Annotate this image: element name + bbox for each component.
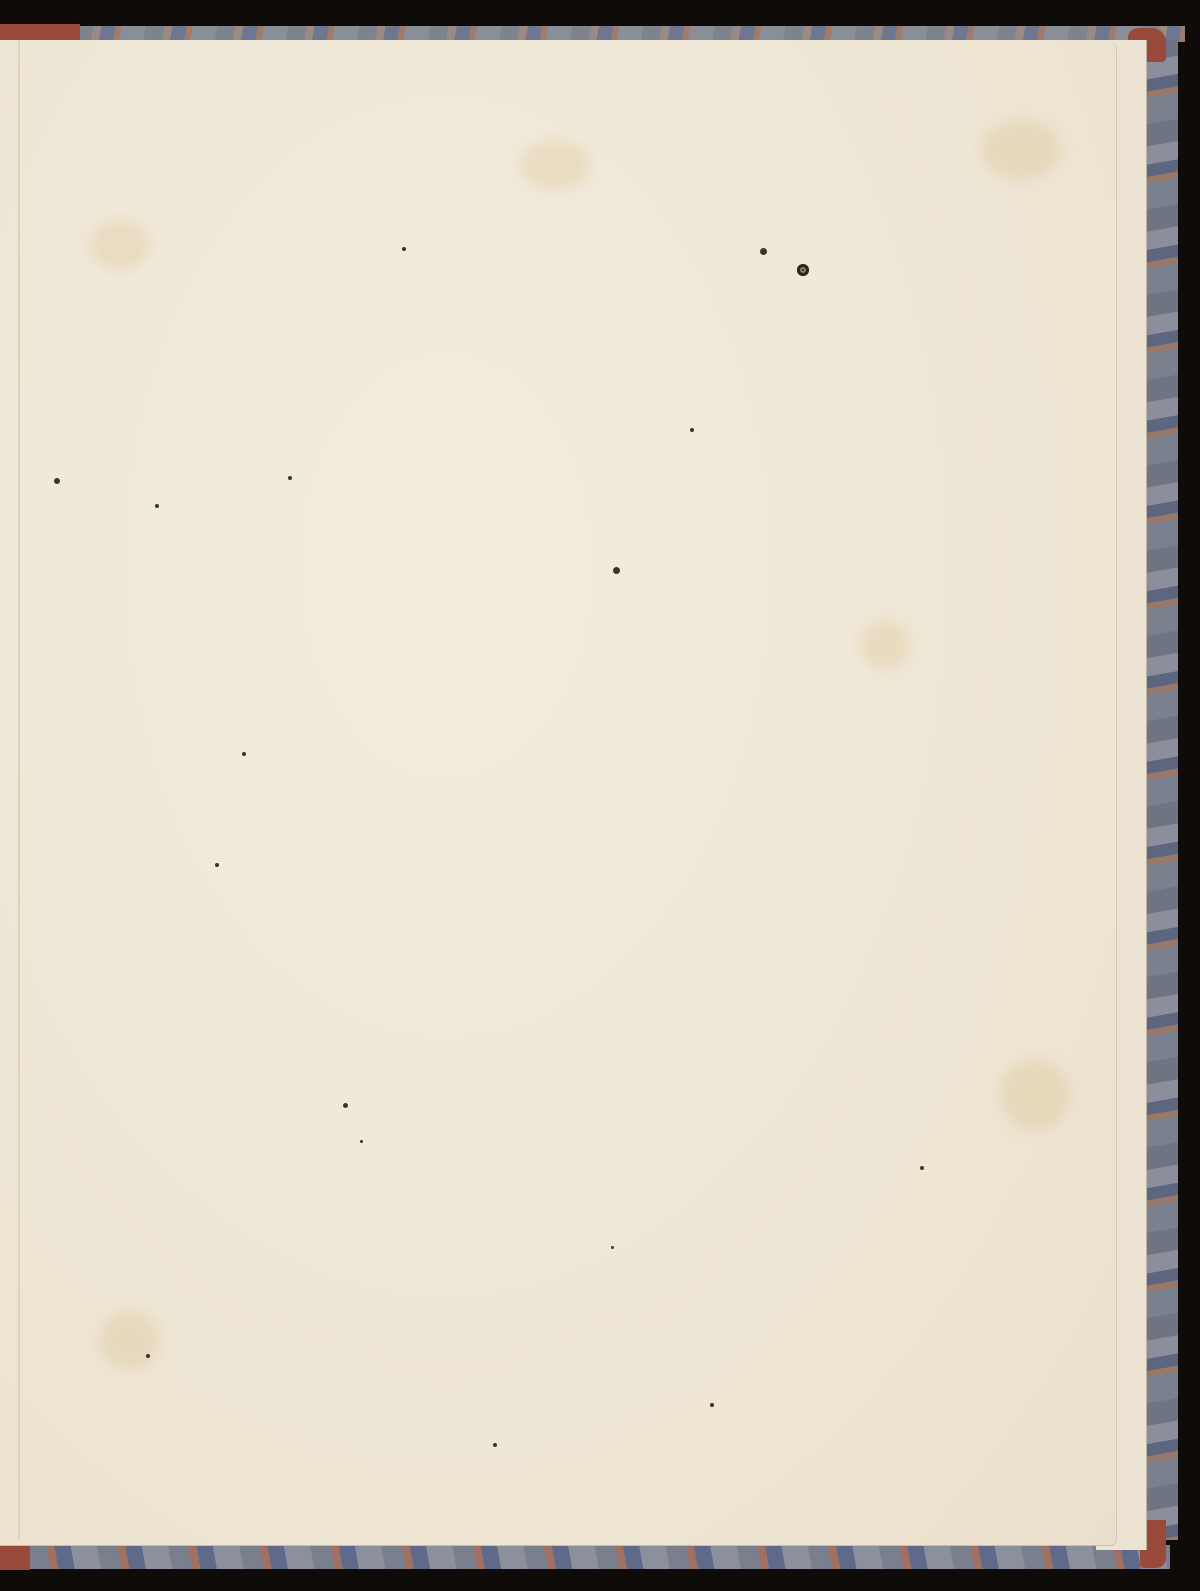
foxing-stain — [1000, 1060, 1070, 1130]
speck — [288, 476, 292, 480]
speck — [690, 428, 694, 432]
speck — [493, 1443, 497, 1447]
speck — [710, 1403, 714, 1407]
speck — [343, 1103, 348, 1108]
speck — [360, 1140, 363, 1143]
speck — [920, 1166, 924, 1170]
speck — [242, 752, 246, 756]
speck — [146, 1354, 150, 1358]
foxing-stain — [90, 220, 150, 270]
blank-page — [0, 40, 1117, 1546]
foxing-stain — [980, 120, 1060, 180]
speck — [613, 567, 620, 574]
speck — [54, 478, 60, 484]
foxing-stain — [860, 620, 910, 670]
speck — [611, 1246, 614, 1249]
speck — [215, 863, 219, 867]
marbled-bottom-edge — [30, 1545, 1170, 1569]
speck — [797, 264, 809, 276]
speck — [402, 247, 406, 251]
speck — [155, 504, 159, 508]
gutter-line — [18, 40, 20, 1540]
foxing-stain — [520, 140, 590, 190]
foxing-stain — [100, 1310, 160, 1370]
speck — [760, 248, 767, 255]
